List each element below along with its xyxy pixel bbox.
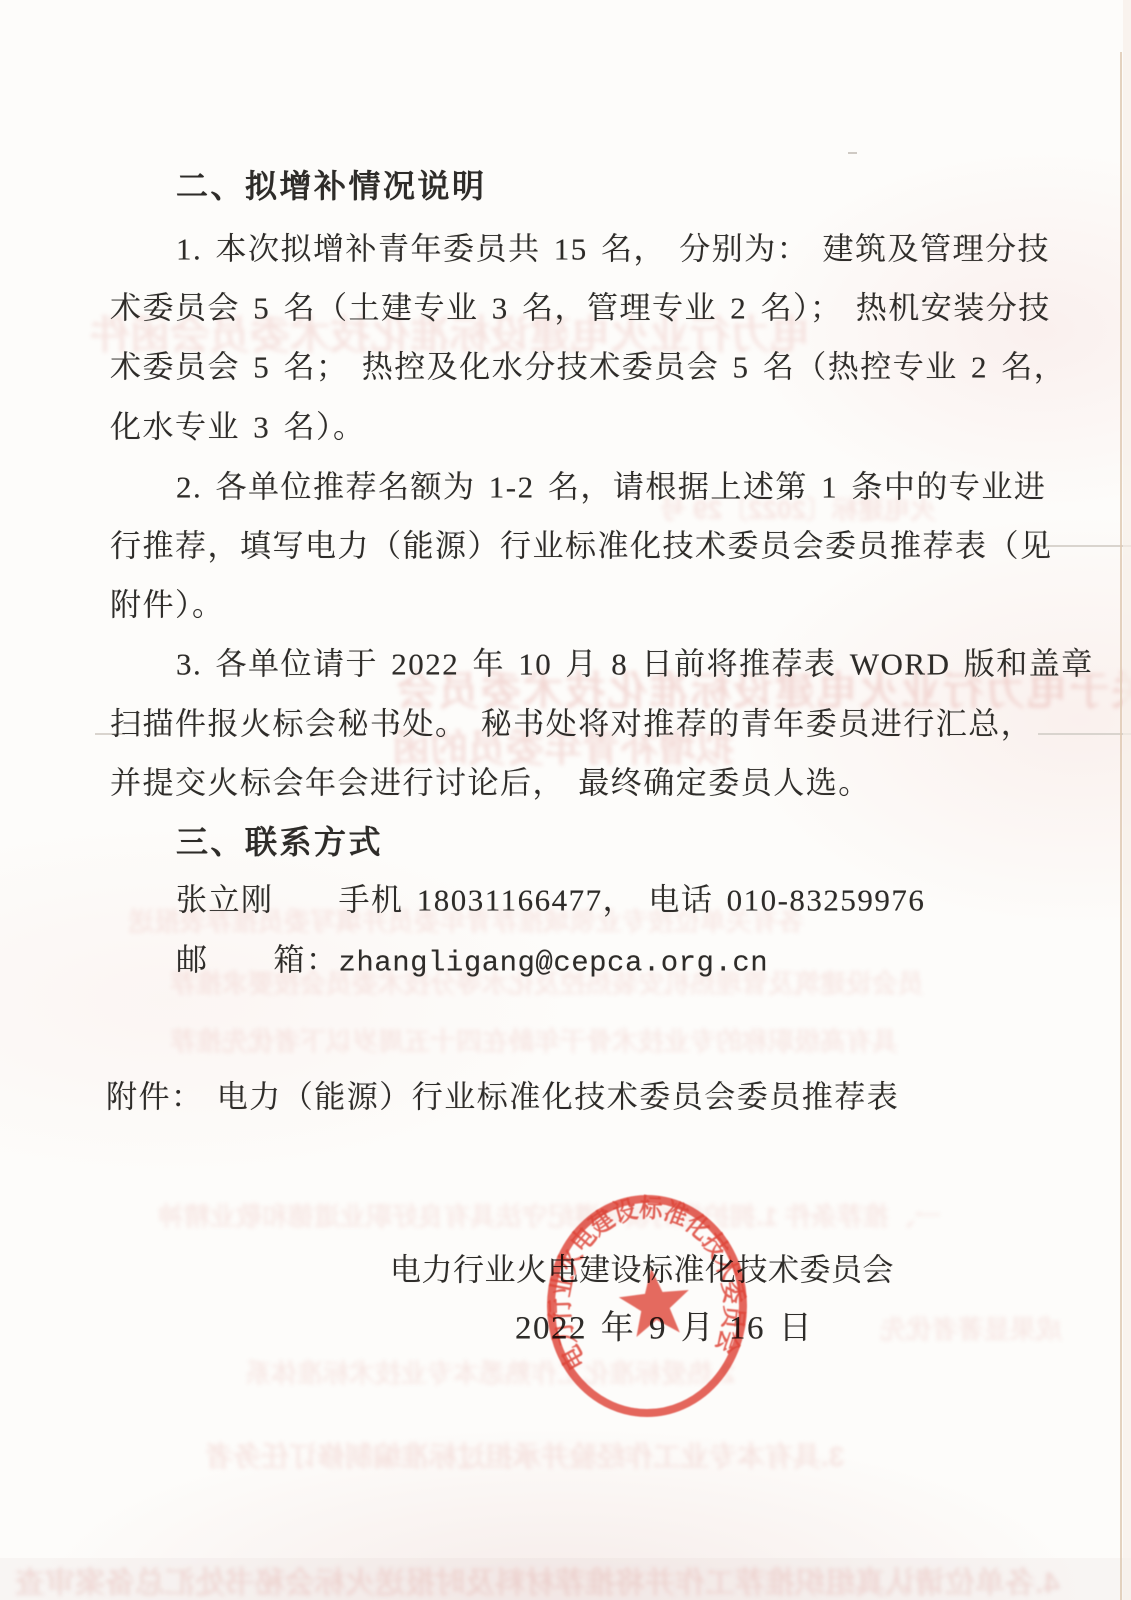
para3-line2: 扫描件报火标会秘书处。 秘书处将对推荐的青年委员进行汇总， [110,699,1033,744]
attachment-line: 附件： 电力（能源）行业标准化技术委员会委员推荐表 [106,1072,899,1117]
bleed-through-line: 具有高级职称的专业技术骨干年龄在四十五周岁以下者优先推荐 [170,1022,898,1059]
bleed-through-line: 3.具有本专业工作经验并承担过标准编制修订任务者 [205,1435,844,1475]
section2-heading: 二、拟增补情况说明 [176,161,487,207]
para1-line1: 1. 本次拟增补青年委员共 15 名， 分别为： 建筑及管理分技 [176,224,1050,269]
scan-artifact-line [1038,733,1131,735]
scanned-document-page: 电力行业火电建设标准化技术委员会函件 火电建标〔2022〕29 号 关于电力行业… [0,0,1131,1600]
para1-line3: 术委员会 5 名； 热控及化水分技术委员会 5 名（热控专业 2 名， [110,342,1066,387]
scan-bottom-shadow-band [0,1558,1131,1600]
para2-line3: 附件）。 [110,580,225,625]
seal-star-icon [616,1265,693,1339]
para1-line4: 化水专业 3 名）。 [110,402,366,447]
para2-line2: 行推荐，填写电力（能源）行业标准化技术委员会委员推荐表（见 [110,521,1053,566]
contact-line: 张立刚 手机 18031166477， 电话 010-83259976 [176,875,925,920]
para1-line2: 术委员会 5 名（土建专业 3 名，管理专业 2 名）； 热机安装分技 [110,283,1051,328]
section3-heading: 三、联系方式 [176,817,383,863]
scan-speck [848,152,857,154]
para2-line1: 2. 各单位推荐名额为 1-2 名，请根据上述第 1 条中的专业进 [176,462,1046,507]
email-label: 邮 箱： [176,943,339,978]
email-value: zhangligang@cepca.org.cn [339,947,769,980]
page-edge-shadow [1123,0,1131,1600]
para3-line3: 并提交火标会年会进行讨论后， 最终确定委员人选。 [110,758,871,803]
email-line: 邮 箱：zhangligang@cepca.org.cn [176,935,768,980]
seal-arc-text: 电力行业火电建设标准化技术委员会 [545,1193,749,1375]
page-edge-line [1120,52,1122,1600]
para3-line1: 3. 各单位请于 2022 年 10 月 8 日前将推荐表 WORD 版和盖章 [176,639,1094,684]
bleed-through-line: 成果显著者优先 [880,1310,1062,1347]
official-seal: 电力行业火电建设标准化技术委员会 [545,1193,749,1419]
